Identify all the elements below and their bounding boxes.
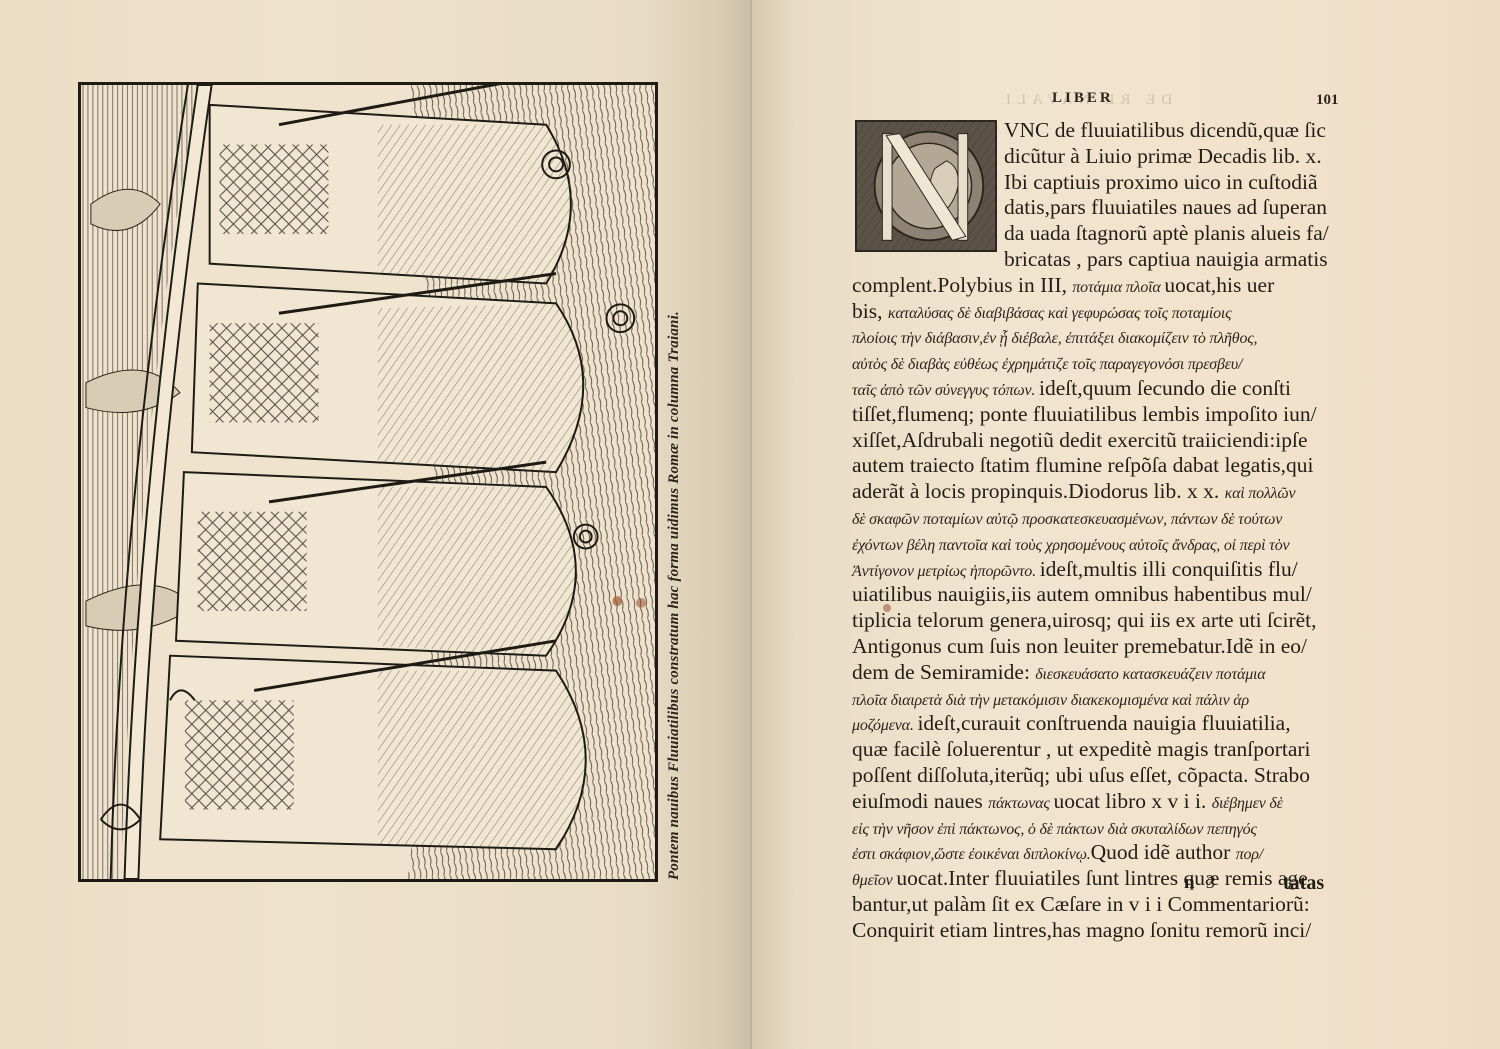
latin-text: uocat,his uer	[1164, 273, 1274, 297]
latin-text: ideſt,multis illi conquiſitis flu/	[1040, 557, 1298, 581]
latin-text: dem de Semiramide:	[852, 660, 1035, 684]
latin-text: uocat.Inter fluuiatiles ſunt lintres quæ…	[896, 866, 1307, 890]
latin-text: eiuſmodi naues	[852, 789, 988, 813]
latin-text: autem traiecto ſtatim flumine reſpõſa da…	[852, 453, 1314, 477]
greek-passage: θμεῖον	[852, 872, 896, 889]
catchword: tatas	[1283, 872, 1324, 895]
greek-passage: δὲ σκαφῶν ποταμίων αὐτῷ προσκατεσκευασμέ…	[852, 511, 1282, 528]
body-text: VNC de fluuiatilibus dicendũ,quæ ſicdicũ…	[852, 118, 1328, 944]
text-line: datis,pars fluuiatiles naues ad ſuperan	[852, 195, 1328, 221]
greek-passage: ἐστι σκάφιον,ὥστε ἐοικέναι διπλοκίνῳ.	[852, 846, 1091, 863]
latin-text: VNC de fluuiatilibus dicendũ,quæ ſic	[1004, 118, 1326, 142]
greek-passage: καταλύσας δὲ διαβιβάσας καὶ γεφυρώσας το…	[888, 305, 1232, 322]
greek-passage: διέβημεν δὲ	[1212, 795, 1283, 812]
text-line: Antigonus cum ſuis non leuiter premebatu…	[852, 634, 1328, 660]
text-line: poſſent diſſoluta,iterũq; ubi uſus eſſet…	[852, 763, 1328, 789]
text-line: bis, καταλύσας δὲ διαβιβάσας καὶ γεφυρώσ…	[852, 299, 1328, 325]
foxing-spot	[636, 598, 646, 608]
greek-passage: εἰς τὴν νῆσον ἐπὶ πάκτωνος, ὁ δὲ πάκτων …	[852, 821, 1257, 838]
pontoon-bridge-woodcut	[78, 82, 658, 882]
text-line: Ἀντίγονον μετρίως ἠπορῶντο. ideſt,multis…	[852, 557, 1328, 583]
latin-text: complent.Polybius in III,	[852, 273, 1072, 297]
text-line: tiplicia telorum genera,uirosq; qui iis …	[852, 608, 1328, 634]
text-line: eiuſmodi naues πάκτωνας uocat libro x v …	[852, 789, 1328, 815]
text-line: autem traiecto ſtatim flumine reſpõſa da…	[852, 453, 1328, 479]
latin-text: bis,	[852, 299, 888, 323]
latin-text: tiſſet,flumenq; ponte fluuiatilibus lemb…	[852, 402, 1317, 426]
latin-text: Conquirit etiam lintres,has magno ſonitu…	[852, 918, 1311, 942]
text-line: ἐστι σκάφιον,ὥστε ἐοικέναι διπλοκίνῳ.Quo…	[852, 840, 1328, 866]
latin-text: aderãt à locis propinquis.Diodorus lib. …	[852, 479, 1225, 503]
text-line: complent.Polybius in III, ποτάμια πλοῖα …	[852, 273, 1328, 299]
latin-text: quæ facilè ſoluerentur , ut expeditè mag…	[852, 737, 1311, 761]
text-line: xiſſet,Aſdrubali negotiũ dedit exercitũ …	[852, 428, 1328, 454]
latin-text: da uada ſtagnorũ aptè planis alueis fa/	[1004, 221, 1329, 245]
text-line: πλοίοις τὴν διάβασιν,ἐν ᾗ διέβαλε, ἐπιτά…	[852, 324, 1328, 350]
text-line: δὲ σκαφῶν ποταμίων αὐτῷ προσκατεσκευασμέ…	[852, 505, 1328, 531]
text-line: VNC de fluuiatilibus dicendũ,quæ ſic	[852, 118, 1328, 144]
woodcut-illustration-icon	[81, 85, 655, 879]
text-line: da uada ſtagnorũ aptè planis alueis fa/	[852, 221, 1328, 247]
text-line: aderãt à locis propinquis.Diodorus lib. …	[852, 479, 1328, 505]
greek-passage: ἐχόντων βέλη παντοῖα καὶ τοὺς χρησομένου…	[852, 537, 1289, 554]
text-line: dicũtur à Liuio primæ Decadis lib. x.	[852, 144, 1328, 170]
book-spread: Pontem nauibus Fluuiatilibus constratum …	[0, 0, 1500, 1049]
text-line: dem de Semiramide: διεσκευάσατο κατασκευ…	[852, 660, 1328, 686]
text-line: Conquirit etiam lintres,has magno ſonitu…	[852, 918, 1328, 944]
latin-text: bantur,ut palàm ſit ex Cæſare in v i i C…	[852, 892, 1310, 916]
signature-mark: n3	[1184, 872, 1215, 894]
text-line: bricatas , pars captiua nauigia armatis	[852, 247, 1328, 273]
text-line: πλοῖα διαιρετὰ διὰ τὴν μετακόμισιν διακε…	[852, 686, 1328, 712]
greek-passage: πλοίοις τὴν διάβασιν,ἐν ᾗ διέβαλε, ἐπιτά…	[852, 330, 1257, 347]
text-line: quæ facilè ſoluerentur , ut expeditè mag…	[852, 737, 1328, 763]
latin-text: Quod idẽ author	[1091, 840, 1236, 864]
folio-number: 101	[1316, 92, 1339, 109]
text-line: ἐχόντων βέλη παντοῖα καὶ τοὺς χρησομένου…	[852, 531, 1328, 557]
latin-text: uiatilibus nauigiis,iis autem omnibus ha…	[852, 582, 1312, 606]
greek-passage: πορ/	[1236, 846, 1263, 863]
signature-letter: n	[1184, 872, 1195, 893]
foxing-spot	[883, 604, 891, 612]
latin-text: ideſt,quum ſecundo die conſti	[1039, 376, 1291, 400]
latin-text: tiplicia telorum genera,uirosq; qui iis …	[852, 608, 1317, 632]
text-line: θμεῖον uocat.Inter fluuiatiles ſunt lint…	[852, 866, 1328, 892]
latin-text: Ibi captiuis proximo uico in cuſtodiã	[1004, 170, 1317, 194]
text-line: ταῖς ἀπὸ τῶν σύνεγγυς τόπων. ideſt,quum …	[852, 376, 1328, 402]
latin-text: datis,pars fluuiatiles naues ad ſuperan	[1004, 195, 1327, 219]
text-line: tiſſet,flumenq; ponte fluuiatilibus lemb…	[852, 402, 1328, 428]
running-head: LIBER	[1052, 90, 1114, 107]
text-line: εἰς τὴν νῆσον ἐπὶ πάκτωνος, ὁ δὲ πάκτων …	[852, 815, 1328, 841]
latin-text: dicũtur à Liuio primæ Decadis lib. x.	[1004, 144, 1322, 168]
text-line: Ibi captiuis proximo uico in cuſtodiã	[852, 170, 1328, 196]
greek-passage: ποτάμια πλοῖα	[1072, 279, 1164, 296]
greek-passage: αὐτὸς δὲ διαβὰς εὐθέως ἐχρημάτιζε τοῖς π…	[852, 356, 1242, 373]
text-line: bantur,ut palàm ſit ex Cæſare in v i i C…	[852, 892, 1328, 918]
greek-passage: ταῖς ἀπὸ τῶν σύνεγγυς τόπων.	[852, 382, 1039, 399]
latin-text: xiſſet,Aſdrubali negotiũ dedit exercitũ …	[852, 428, 1308, 452]
latin-text: Antigonus cum ſuis non leuiter premebatu…	[852, 634, 1307, 658]
latin-text: ideſt,curauit conſtruenda nauigia fluuia…	[917, 711, 1290, 735]
text-line: αὐτὸς δὲ διαβὰς εὐθέως ἐχρημάτιζε τοῖς π…	[852, 350, 1328, 376]
latin-text: bricatas , pars captiua nauigia armatis	[1004, 247, 1328, 271]
latin-text: uocat libro x v i i.	[1053, 789, 1211, 813]
greek-passage: πλοῖα διαιρετὰ διὰ τὴν μετακόμισιν διακε…	[852, 692, 1249, 709]
greek-passage: διεσκευάσατο κατασκευάζειν ποτάμια	[1035, 666, 1265, 683]
text-line: uiatilibus nauigiis,iis autem omnibus ha…	[852, 582, 1328, 608]
text-line: μοζόμενα. ideſt,curauit conſtruenda naui…	[852, 711, 1328, 737]
latin-text: poſſent diſſoluta,iterũq; ubi uſus eſſet…	[852, 763, 1310, 787]
greek-passage: Ἀντίγονον μετρίως ἠπορῶντο.	[852, 563, 1040, 580]
signature-number: 3	[1207, 873, 1216, 892]
left-page: Pontem nauibus Fluuiatilibus constratum …	[0, 0, 752, 1049]
greek-passage: καὶ πολλῶν	[1225, 485, 1296, 502]
greek-passage: μοζόμενα.	[852, 717, 917, 734]
woodcut-caption: Pontem nauibus Fluuiatilibus constratum …	[666, 311, 683, 880]
greek-passage: πάκτωνας	[988, 795, 1053, 812]
